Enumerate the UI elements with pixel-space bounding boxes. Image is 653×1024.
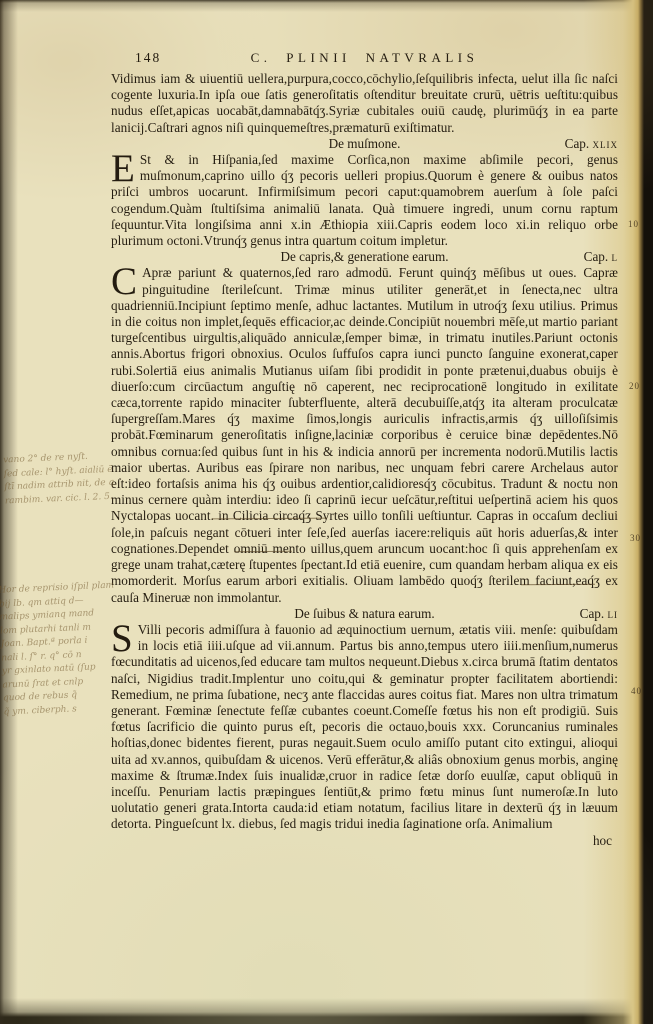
handwritten-marginalia-lower: Hor de reprisio iſpil plam bij lb. qm at…: [0, 580, 120, 720]
heading-de-musmone: De muſmone. Cap. xlix: [111, 136, 618, 152]
heading-title: De muſmone.: [329, 136, 401, 151]
paragraph-intro: Vidimus iam & uiuentiū uellera,purpura,c…: [111, 71, 618, 136]
paragraph-musmone: ESt & in Hiſpania,ſed maxime Corſica,non…: [111, 152, 618, 249]
catchword: hoc: [111, 833, 618, 849]
margin-line-number-20: 20: [629, 381, 640, 391]
drop-cap-e: E: [111, 152, 140, 184]
heading-title: De capris,& generatione earum.: [280, 249, 448, 264]
running-header: 148 C. PLINII NATVRALIS: [111, 50, 618, 68]
heading-de-suibus: De ſuibus & natura earum. Cap. li: [111, 606, 618, 622]
chapter-label: Cap. l: [584, 249, 618, 265]
text-column: 148 C. PLINII NATVRALIS Vidimus iam & ui…: [111, 50, 618, 849]
heading-de-capris: De capris,& generatione earum. Cap. l: [111, 249, 618, 265]
paragraph-musmone-text: St & in Hiſpania,ſed maxime Corſica,non …: [111, 152, 618, 248]
chapter-label: Cap. li: [580, 606, 618, 622]
paragraph-capris-text: Apræ pariunt & quaternos,ſed raro admodū…: [111, 265, 618, 604]
paragraph-suibus-text: Villi pecoris admiſſura à fauonio ad æqu…: [111, 622, 618, 831]
paragraph-intro-text: Vidimus iam & uiuentiū uellera,purpura,c…: [111, 71, 618, 135]
heading-title: De ſuibus & natura earum.: [294, 606, 434, 621]
margin-line-number-40: 40: [631, 686, 642, 696]
margin-line-number-30: 30: [630, 533, 641, 543]
paragraph-suibus: SVilli pecoris admiſſura à fauonio ad æq…: [111, 622, 618, 833]
margin-line-number-10: 10: [628, 219, 639, 229]
book-page-scan: 148 C. PLINII NATVRALIS Vidimus iam & ui…: [0, 0, 653, 1024]
drop-cap-c: C: [111, 265, 142, 297]
chapter-label: Cap. xlix: [565, 136, 618, 152]
paragraph-capris: CApræ pariunt & quaternos,ſed raro admod…: [111, 265, 618, 605]
handwritten-marginalia-upper: vano 2° de re nyſt. ſed cale: l° hyſt. a…: [3, 450, 118, 509]
running-title: C. PLINII NATVRALIS: [111, 50, 618, 66]
